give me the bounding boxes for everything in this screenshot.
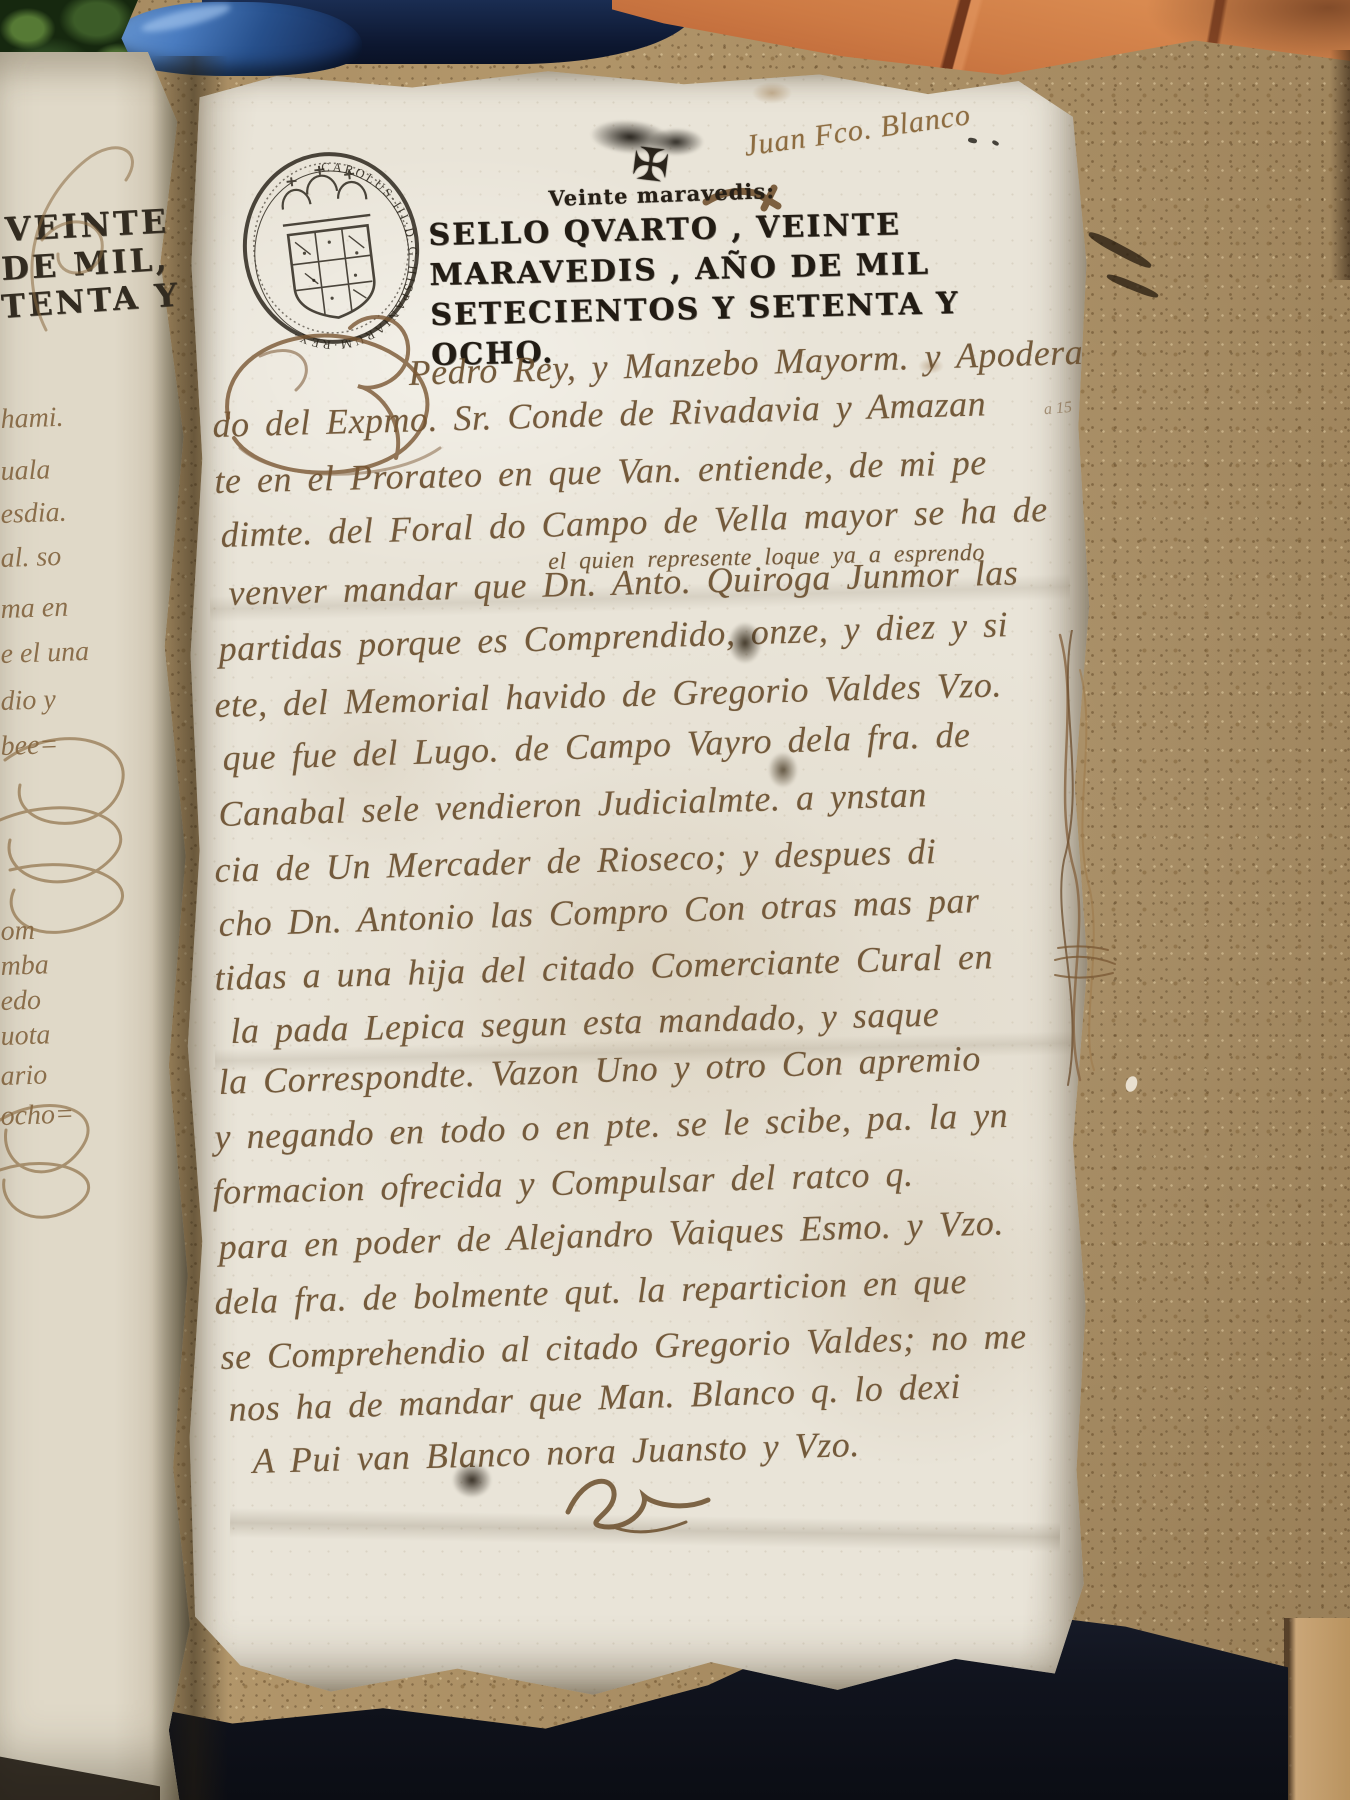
fox-spot	[752, 82, 792, 104]
table-edge-strip	[1284, 1618, 1350, 1800]
left-page-handwritten-fragment: esdia.	[0, 497, 67, 531]
rubric-flourish-large	[200, 298, 470, 493]
left-page-handwritten-fragment: hami.	[0, 402, 64, 436]
left-page-top-flourish	[6, 90, 156, 340]
photo-of-1778-sealed-document: VEINTEDE MIL,TENTA Y hami.ualaesdia.al. …	[0, 0, 1350, 1800]
ink-blot	[648, 128, 704, 156]
cork-dark-mark	[1087, 229, 1154, 271]
rubric-flourish-bottom	[556, 1462, 726, 1542]
left-page-handwritten-fragment: al. so	[0, 541, 62, 575]
terracotta-tiles	[612, 0, 1350, 78]
left-page-handwritten-fragment: ma en	[0, 592, 69, 626]
binding-fibers	[1050, 630, 1134, 1090]
ink-blot	[768, 752, 798, 788]
ink-blot	[728, 622, 762, 664]
left-page-handwritten-fragment: uala	[0, 454, 51, 488]
cork-dark-mark	[1106, 272, 1160, 300]
margin-note: a 15	[1043, 399, 1072, 419]
cork-edge-shadow	[1330, 50, 1350, 280]
left-page-scribbles	[0, 700, 185, 1260]
ink-blot	[452, 1462, 492, 1498]
left-page-handwritten-fragment: e el una	[0, 636, 90, 671]
